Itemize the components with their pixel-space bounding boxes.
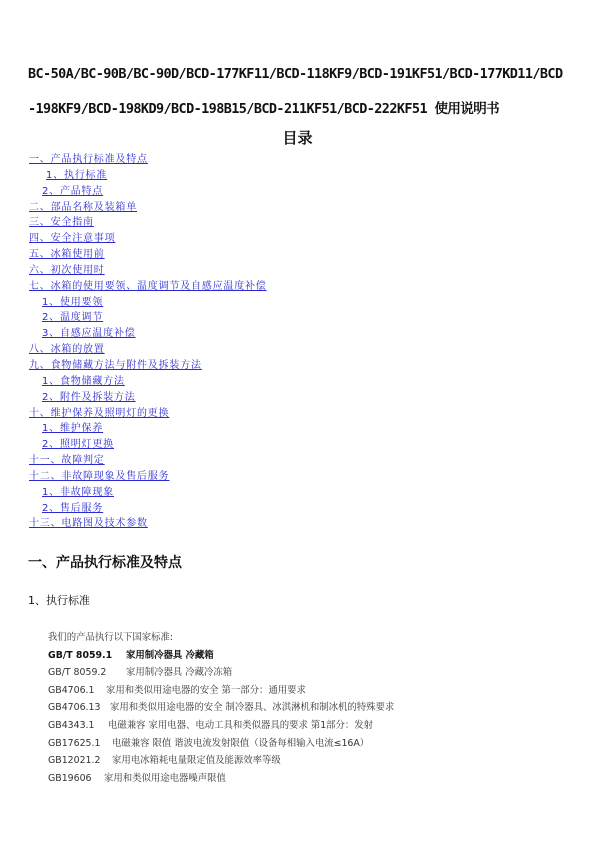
standard-code: GB17625.1 [48,735,112,753]
standard-code: GB4706.13 [48,699,110,717]
standard-item: GB4343.1电磁兼容 家用电器、电动工具和类似器具的要求 第1部分：发射 [48,717,394,735]
toc-link-8[interactable]: 八、冰箱的放置 [29,342,267,358]
standard-item: GB12021.2家用电冰箱耗电量限定值及能源效率等级 [48,752,394,770]
document-title-line-2: -198KF9/BCD-198KD9/BCD-198B15/BCD-211KF5… [28,97,499,117]
toc-link-13[interactable]: 十三、电路图及技术参数 [29,516,267,532]
toc-link-5[interactable]: 五、冰箱使用前 [29,247,267,263]
toc-link-9-1[interactable]: 1、食物储藏方法 [29,374,267,390]
toc-link-9[interactable]: 九、食物储藏方法与附件及拆装方法 [29,358,267,374]
toc-link-1[interactable]: 一、产品执行标准及特点 [29,152,267,168]
standard-item: GB4706.13家用和类似用途电器的安全 制冷器具、冰淇淋机和制冰机的特殊要求 [48,699,394,717]
toc-link-2[interactable]: 二、部品名称及装箱单 [29,200,267,216]
standard-code: GB19606 [48,770,104,788]
standard-item: GB17625.1电磁兼容 限值 谐波电流发射限值（设备每相输入电流≤16A） [48,735,394,753]
standards-intro: 我们的产品执行以下国家标准: [48,629,394,647]
standard-desc: 电磁兼容 家用电器、电动工具和类似器具的要求 第1部分：发射 [108,720,373,731]
standard-desc: 家用制冷器具 冷藏冷冻箱 [126,667,232,678]
standard-desc: 家用电冰箱耗电量限定值及能源效率等级 [112,755,281,766]
toc-link-7[interactable]: 七、冰箱的使用要领、温度调节及自感应温度补偿 [29,279,267,295]
toc-heading: 目录 [0,127,595,148]
standards-image-block: 我们的产品执行以下国家标准: GB/T 8059.1家用制冷器具 冷藏箱 GB/… [48,629,394,787]
toc-link-3[interactable]: 三、安全指南 [29,215,267,231]
subsection-heading: 1、执行标准 [28,592,90,608]
document-title-line-1: BC-50A/BC-90B/BC-90D/BCD-177KF11/BCD-118… [28,66,562,82]
toc-link-10[interactable]: 十、维护保养及照明灯的更换 [29,406,267,422]
toc-link-10-1[interactable]: 1、维护保养 [29,421,267,437]
standard-desc: 电磁兼容 限值 谐波电流发射限值（设备每相输入电流≤16A） [112,738,369,749]
toc-link-12[interactable]: 十二、非故障现象及售后服务 [29,469,267,485]
standard-item: GB/T 8059.1家用制冷器具 冷藏箱 [48,647,394,665]
standard-desc: 家用和类似用途电器的安全 第一部分：通用要求 [106,685,306,696]
section-heading: 一、产品执行标准及特点 [28,552,182,572]
toc-link-7-2[interactable]: 2、温度调节 [29,310,267,326]
standard-item: GB19606家用和类似用途电器噪声限值 [48,770,394,788]
standard-code: GB/T 8059.2 [48,664,126,682]
table-of-contents: 一、产品执行标准及特点 1、执行标准 2、产品特点 二、部品名称及装箱单 三、安… [29,152,267,532]
standard-item: GB4706.1家用和类似用途电器的安全 第一部分：通用要求 [48,682,394,700]
toc-link-7-3[interactable]: 3、自感应温度补偿 [29,326,267,342]
toc-link-6[interactable]: 六、初次使用时 [29,263,267,279]
toc-link-1-2[interactable]: 2、产品特点 [29,184,267,200]
standard-code: GB4343.1 [48,717,108,735]
standard-code: GB12021.2 [48,752,112,770]
standard-code: GB4706.1 [48,682,106,700]
toc-link-11[interactable]: 十一、故障判定 [29,453,267,469]
standard-desc: 家用和类似用途电器噪声限值 [104,773,226,784]
toc-link-12-2[interactable]: 2、售后服务 [29,501,267,517]
toc-link-9-2[interactable]: 2、附件及拆装方法 [29,390,267,406]
standard-code: GB/T 8059.1 [48,647,126,665]
toc-link-10-2[interactable]: 2、照明灯更换 [29,437,267,453]
toc-link-1-1[interactable]: 1、执行标准 [29,168,267,184]
toc-link-4[interactable]: 四、安全注意事项 [29,231,267,247]
standard-item: GB/T 8059.2家用制冷器具 冷藏冷冻箱 [48,664,394,682]
toc-link-12-1[interactable]: 1、非故障现象 [29,485,267,501]
standard-desc: 家用制冷器具 冷藏箱 [126,650,214,661]
standard-desc: 家用和类似用途电器的安全 制冷器具、冰淇淋机和制冰机的特殊要求 [110,702,394,713]
toc-link-7-1[interactable]: 1、使用要领 [29,295,267,311]
